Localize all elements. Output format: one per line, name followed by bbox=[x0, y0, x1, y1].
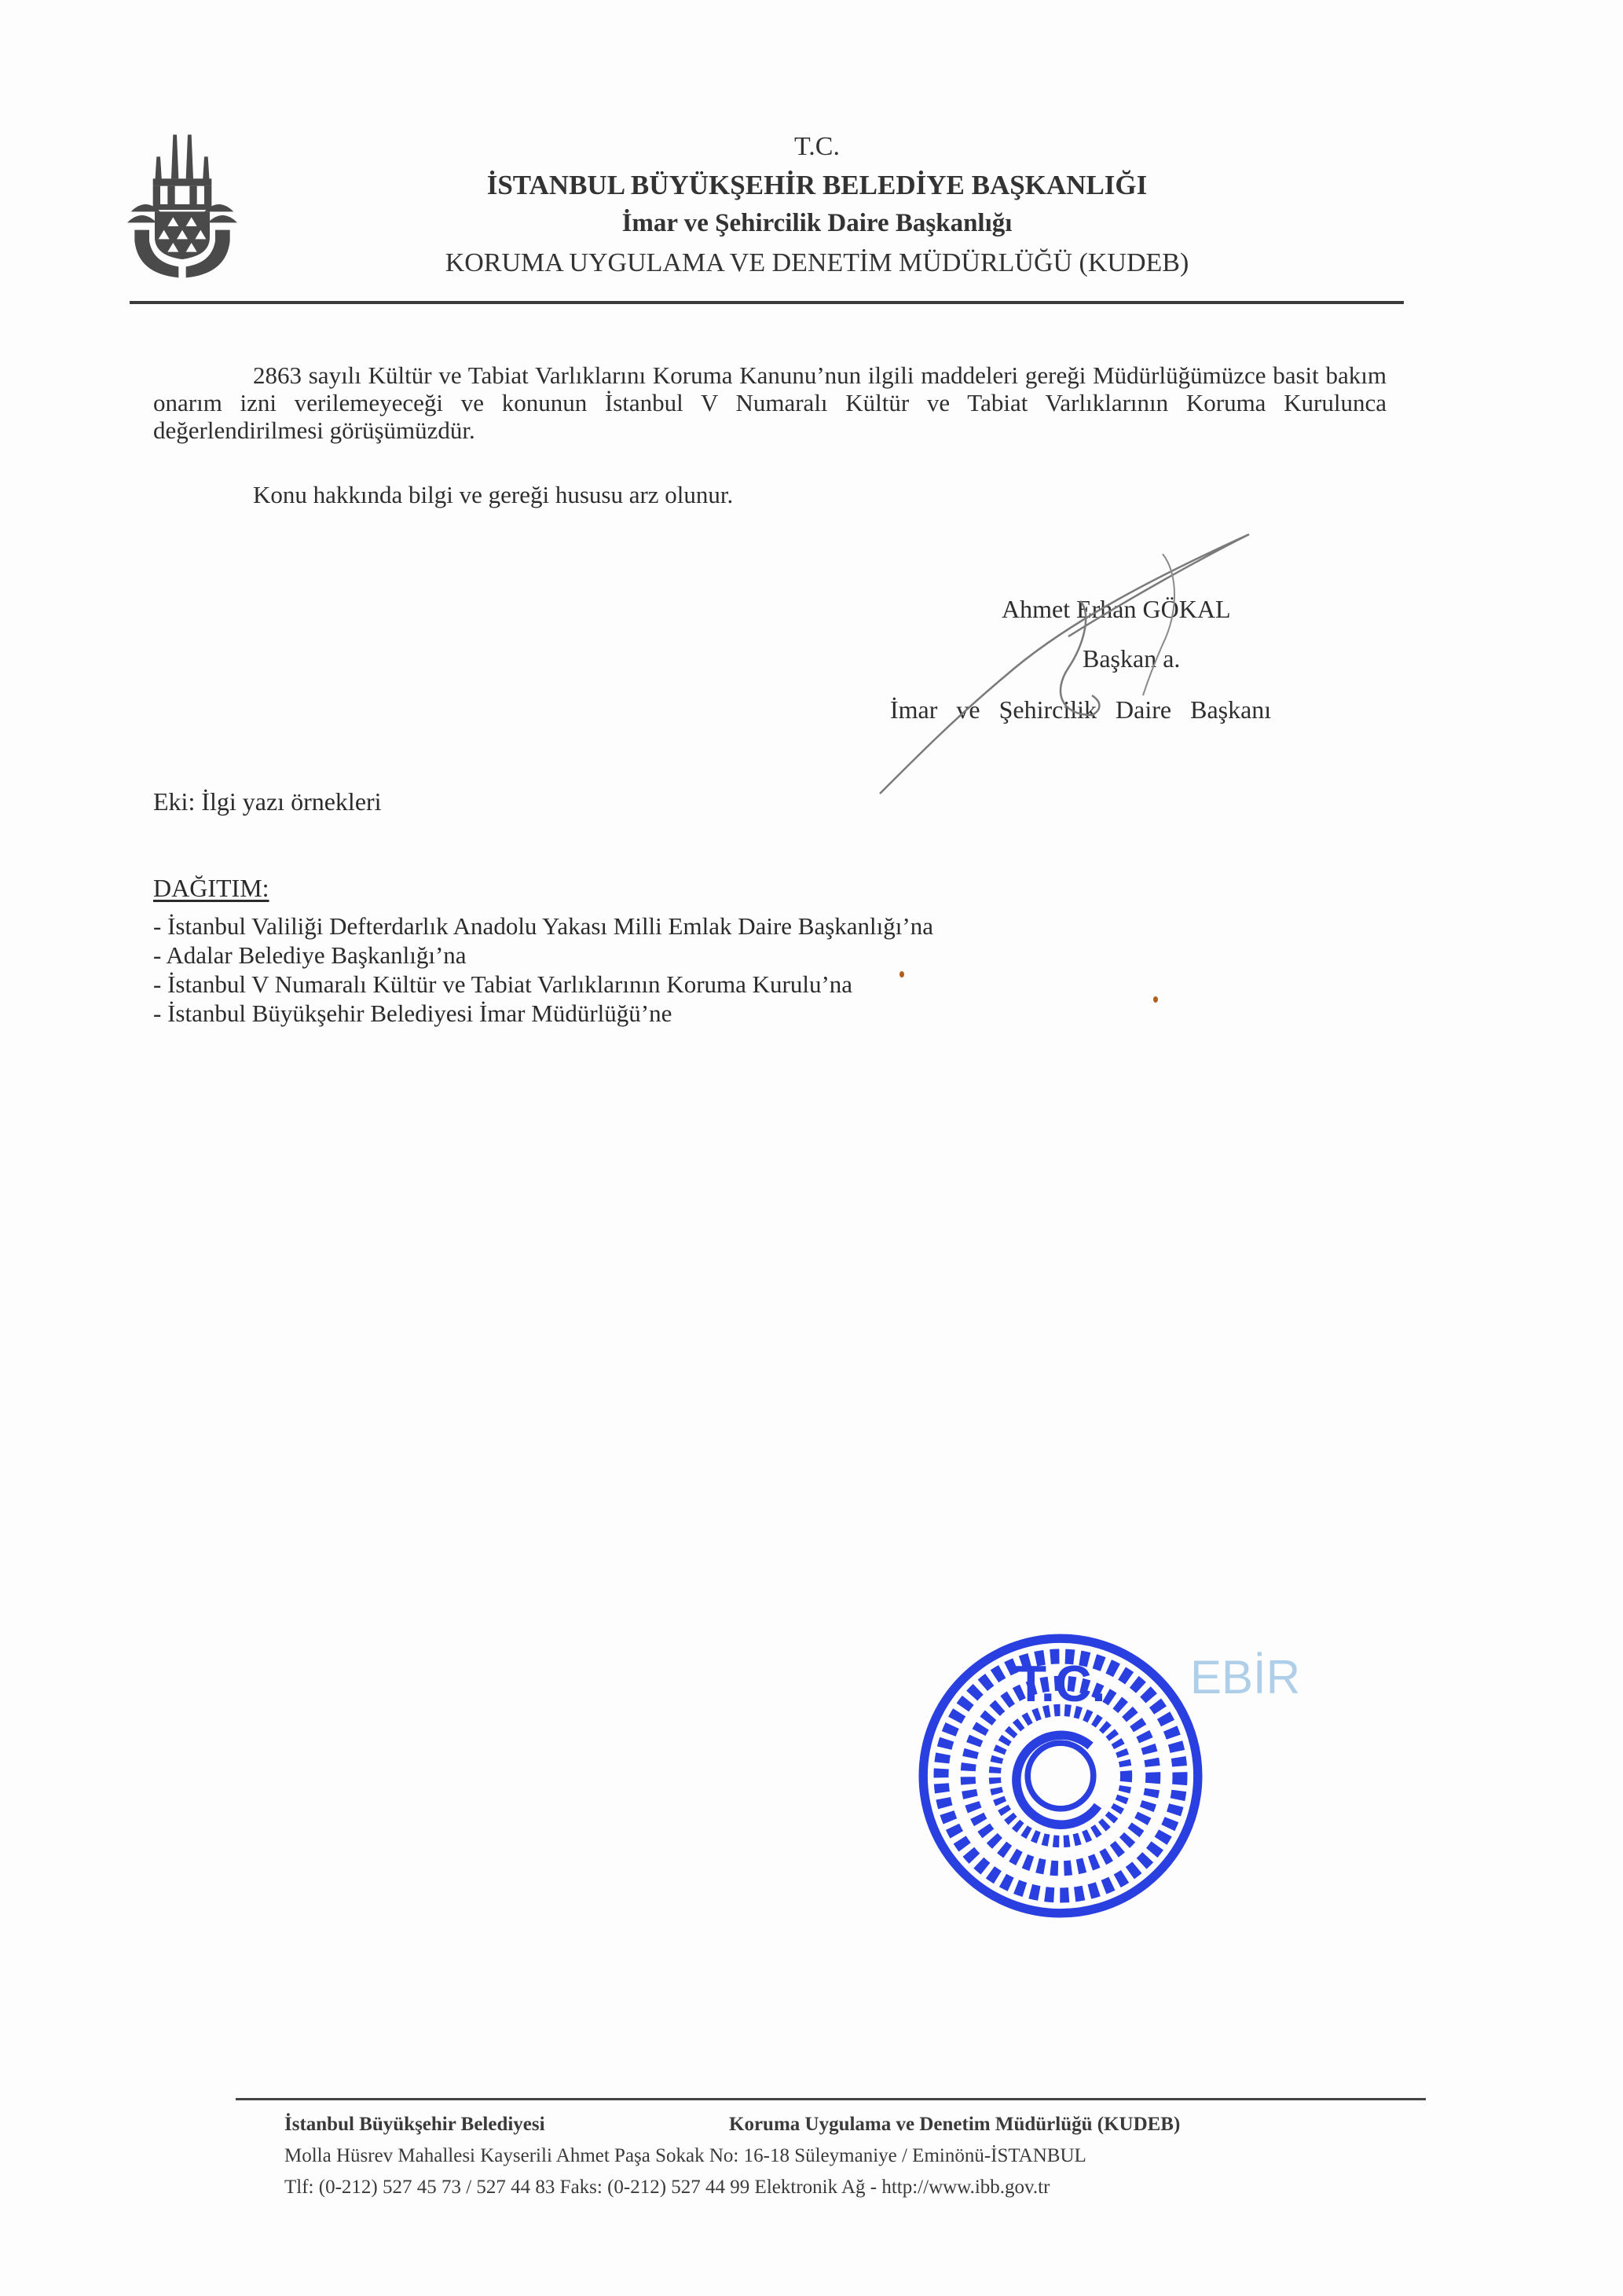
footer-contact: Tlf: (0-212) 527 45 73 / 527 44 83 Faks:… bbox=[284, 2177, 1050, 2199]
letterhead-tc: T.C. bbox=[236, 132, 1398, 162]
footer-address: Molla Hüsrev Mahallesi Kayserili Ahmet P… bbox=[284, 2145, 1086, 2167]
distribution-item: - Adalar Belediye Başkanlığı’na bbox=[153, 941, 933, 970]
signatory-department: İmar ve Şehircilik Daire Başkanı bbox=[890, 695, 1440, 724]
footer-organization: İstanbul Büyükşehir Belediyesi bbox=[284, 2114, 545, 2136]
stamp-ghost-text: EBİR bbox=[1190, 1650, 1300, 1704]
letterhead-directorate: KORUMA UYGULAMA VE DENETİM MÜDÜRLÜĞÜ (KU… bbox=[236, 248, 1398, 278]
handwritten-signature-icon bbox=[833, 526, 1304, 856]
footer-directorate: Koruma Uygulama ve Denetim Müdürlüğü (KU… bbox=[729, 2114, 1180, 2136]
distribution-item: - İstanbul Büyükşehir Belediyesi İmar Mü… bbox=[153, 999, 933, 1028]
scan-speck bbox=[899, 971, 904, 977]
body-paragraph-closing: Konu hakkında bilgi ve gereği hususu arz… bbox=[253, 481, 1353, 508]
distribution-item: - İstanbul V Numaralı Kültür ve Tabiat V… bbox=[153, 970, 933, 999]
letterhead-municipality: İSTANBUL BÜYÜKŞEHİR BELEDİYE BAŞKANLIĞI bbox=[236, 170, 1398, 201]
official-seal-stamp-icon: T.C. bbox=[911, 1627, 1210, 1925]
header-divider bbox=[130, 301, 1404, 304]
attachments-label: Eki: İlgi yazı örnekleri bbox=[153, 787, 382, 816]
body-paragraph-main: 2863 sayılı Kültür ve Tabiat Varlıkların… bbox=[153, 361, 1387, 444]
letterhead-department: İmar ve Şehircilik Daire Başkanlığı bbox=[236, 209, 1398, 238]
distribution-list: - İstanbul Valiliği Defterdarlık Anadolu… bbox=[153, 911, 933, 1028]
distribution-title: DAĞITIM: bbox=[153, 874, 269, 903]
footer-divider bbox=[236, 2098, 1426, 2100]
svg-text:T.C.: T.C. bbox=[1016, 1656, 1106, 1712]
scan-speck bbox=[1153, 996, 1158, 1003]
signatory-name: Ahmet Erhan GÖKAL bbox=[1002, 595, 1552, 624]
istanbul-municipality-logo-icon bbox=[127, 118, 237, 291]
signatory-title: Başkan a. bbox=[1083, 644, 1623, 673]
distribution-item: - İstanbul Valiliği Defterdarlık Anadolu… bbox=[153, 911, 933, 941]
